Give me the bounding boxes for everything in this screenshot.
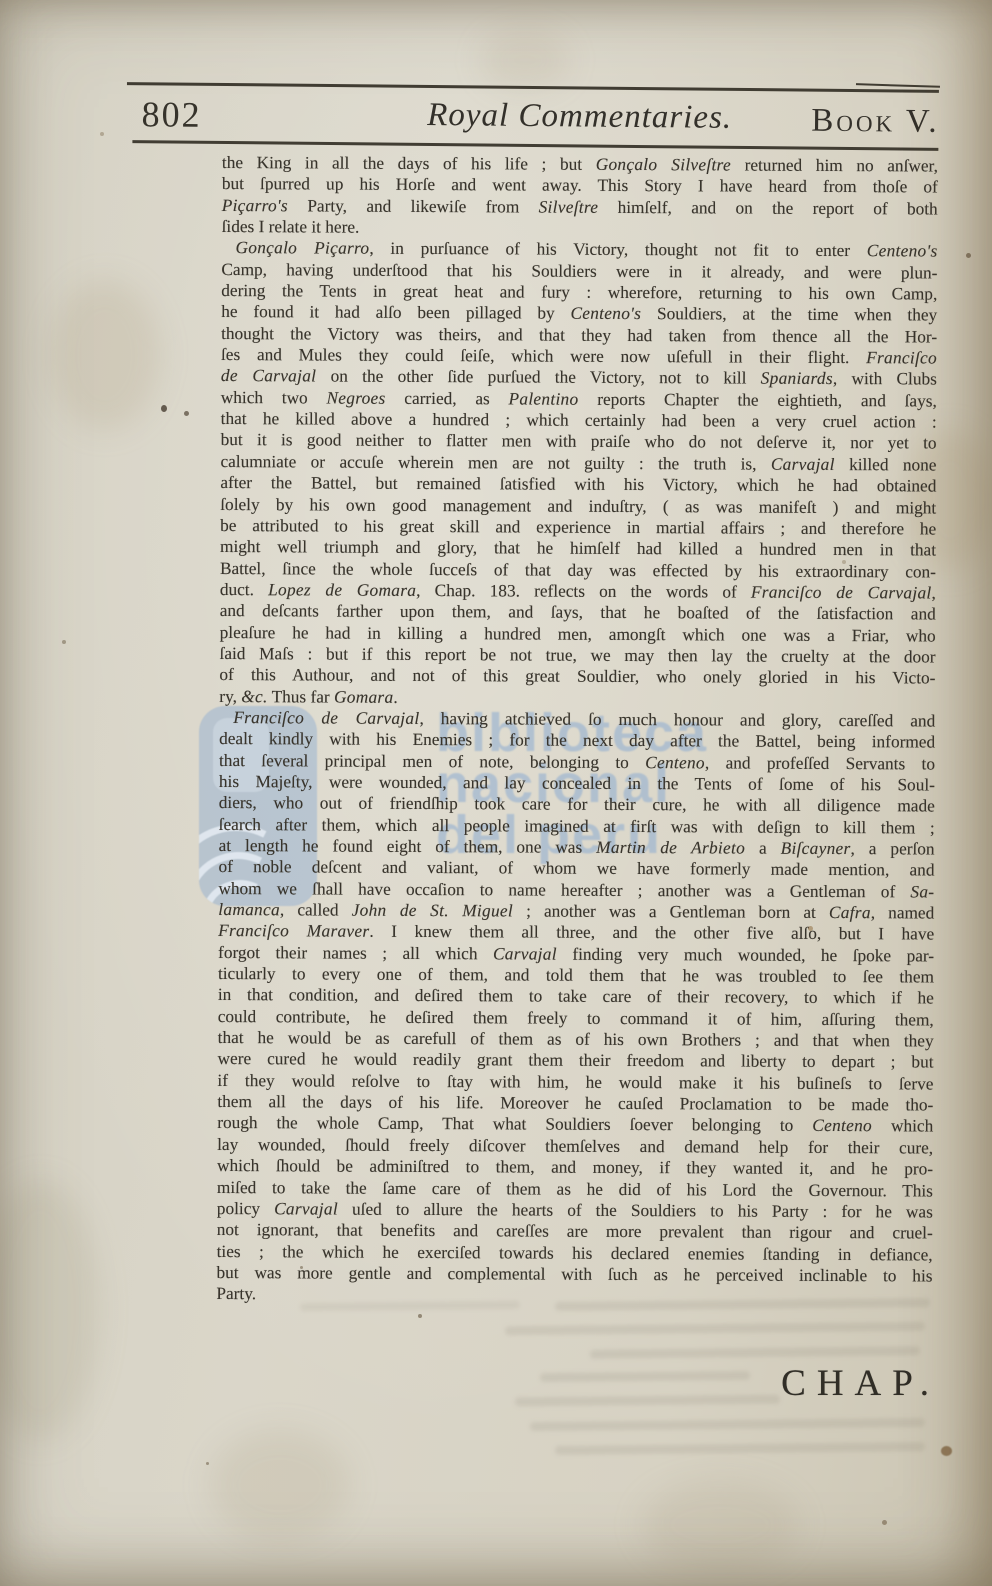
foxing-spot [418,1314,422,1318]
chapter-heading: CHAP. [781,1362,940,1405]
paragraph: Franciſco de Carvajal, having atchieved … [216,707,935,1308]
text-line: of noble deſcent and valiant, of whom we… [218,856,934,881]
foxing-spot [966,253,971,258]
showthrough-line [590,1346,920,1358]
showthrough-line [515,1395,780,1407]
showthrough-line [540,1371,750,1382]
showthrough-line [505,1322,925,1335]
foxing-spot [206,1462,209,1465]
text-line: and deſcants farther upon them, and ſays… [220,600,936,625]
text-line: but ſpurred up his Horſe and went away. … [222,173,938,198]
text-line: Franciſco Maraver. I knew them all three… [218,920,934,945]
book-label: Book V. [811,103,940,141]
text-line: but was more gentle and complemental wit… [216,1262,932,1287]
paper-stain [0,1180,100,1440]
paragraph: the King in all the days of his life ; b… [222,152,938,241]
header-rule-bottom [132,140,938,150]
text-line: might well triumph and glory, that he hi… [220,536,936,561]
text-line: dealt kindly with his Enemies ; for the … [219,728,935,753]
foxing-spot [882,1520,887,1525]
page-body: the King in all the days of his life ; b… [216,152,938,1308]
paper-stain [480,30,570,90]
showthrough-line [555,1442,925,1455]
foxing-spot [941,1446,952,1456]
foxing-spot [161,405,167,412]
paper-stain [640,1480,800,1570]
paragraph: Gonçalo Piçarro, in purſuance of his Vic… [219,237,937,710]
text-line: after the Battel, but remained ſatisfied… [220,472,936,497]
page-number: 802 [141,93,201,136]
header-rule-top [127,82,939,92]
foxing-spot [184,411,189,416]
paper-stain [210,1430,350,1540]
page-header: 802 Royal Commentaries. Book V. [1,0,992,8]
showthrough-line [530,1418,925,1431]
text-line: not ignorant, that benefits and careſſes… [217,1219,933,1244]
foxing-spot [100,132,104,136]
paper-stain [50,280,160,430]
book-page: bibliotecanacionaldel peru 802 Royal Com… [0,0,992,1586]
text-line: diers, who out of friendſhip took care f… [219,792,935,817]
text-line: of this Authour, and not of this great S… [219,664,935,689]
foxing-spot [62,640,66,644]
text-line: which ſhould be adminiſtred to them, and… [217,1155,933,1180]
text-line: Gonçalo Piçarro, in purſuance of his Vic… [221,237,937,262]
header-rule-top-tick [856,83,940,88]
text-line: Party. [216,1283,932,1308]
